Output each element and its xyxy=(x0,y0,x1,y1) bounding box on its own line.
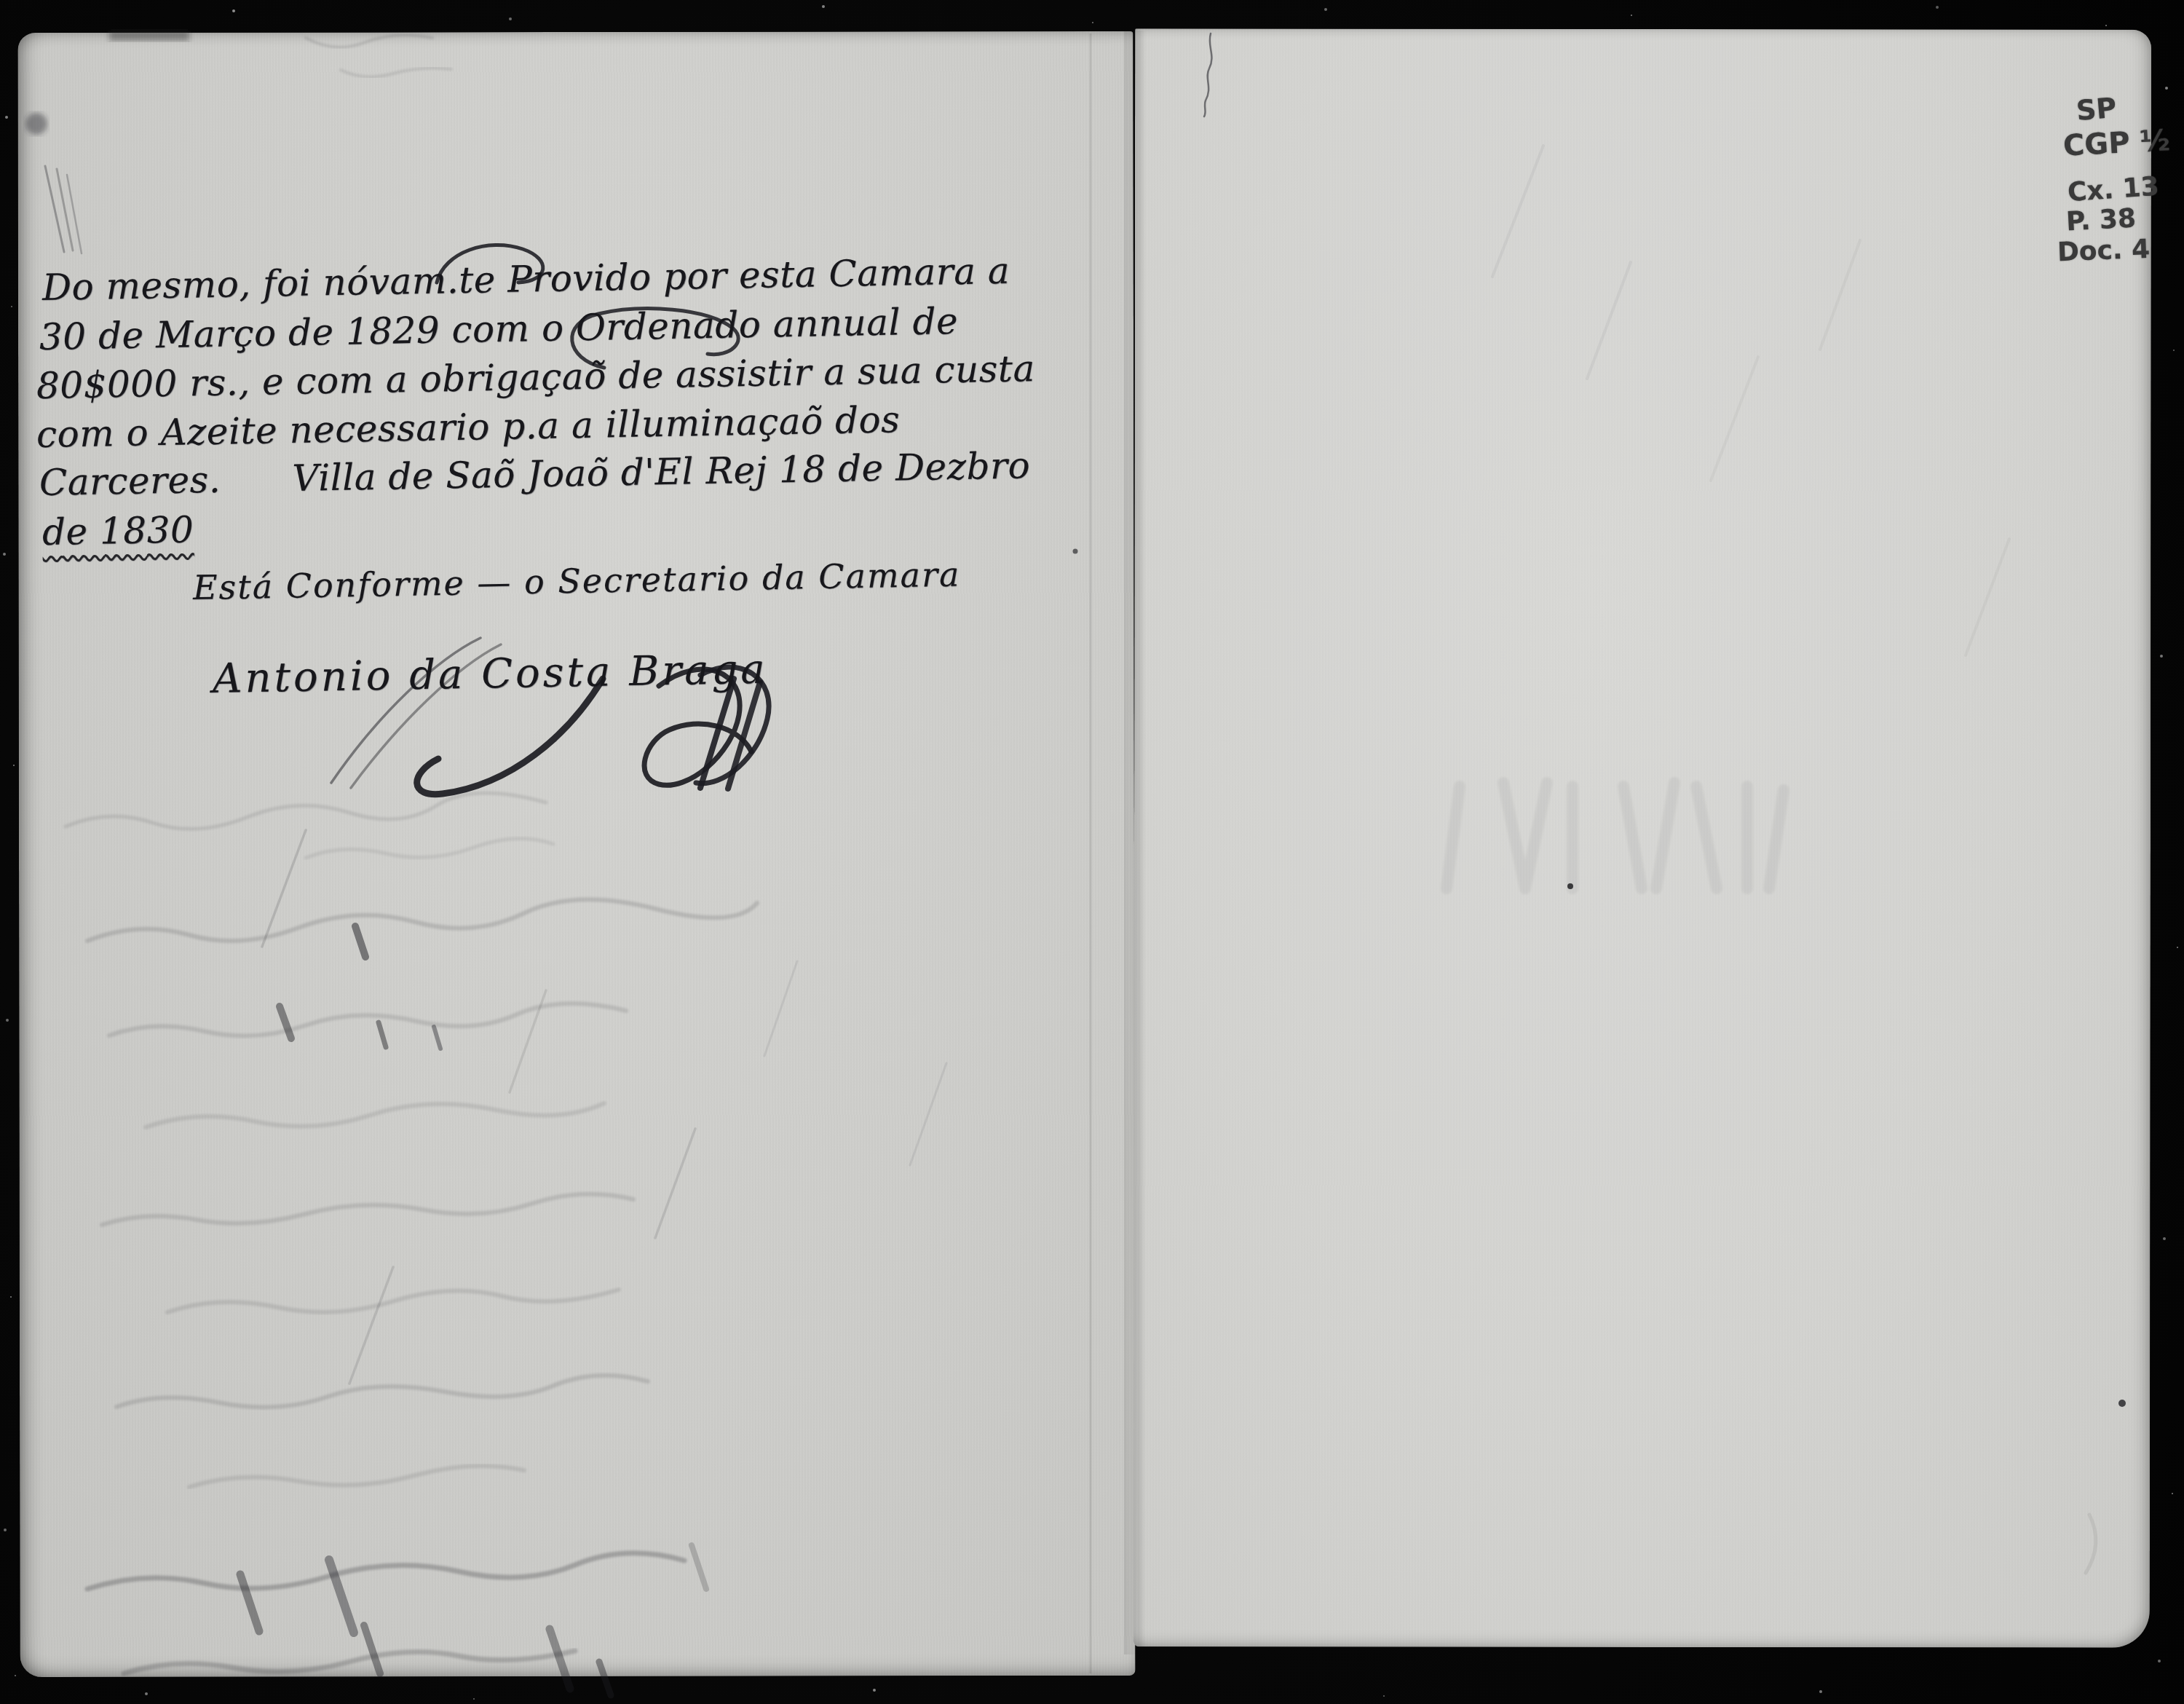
scanned-document: Do mesmo, foi nóvam.te Provido por esta … xyxy=(0,0,2184,1704)
bleedthrough-ink-layer xyxy=(0,0,2184,1704)
archival-mark-fund: SP xyxy=(2075,92,2118,127)
manuscript-line-date: de 1830 xyxy=(42,510,194,553)
archival-mark-box: Cx. 13 xyxy=(2067,172,2161,208)
archival-mark-doc: Doc. 4 xyxy=(2057,234,2151,267)
archival-mark-group: CGP ½ xyxy=(2062,124,2171,163)
signature: Antonio da Costa Braga xyxy=(212,647,768,702)
archival-mark-page: P. 38 xyxy=(2065,204,2137,237)
